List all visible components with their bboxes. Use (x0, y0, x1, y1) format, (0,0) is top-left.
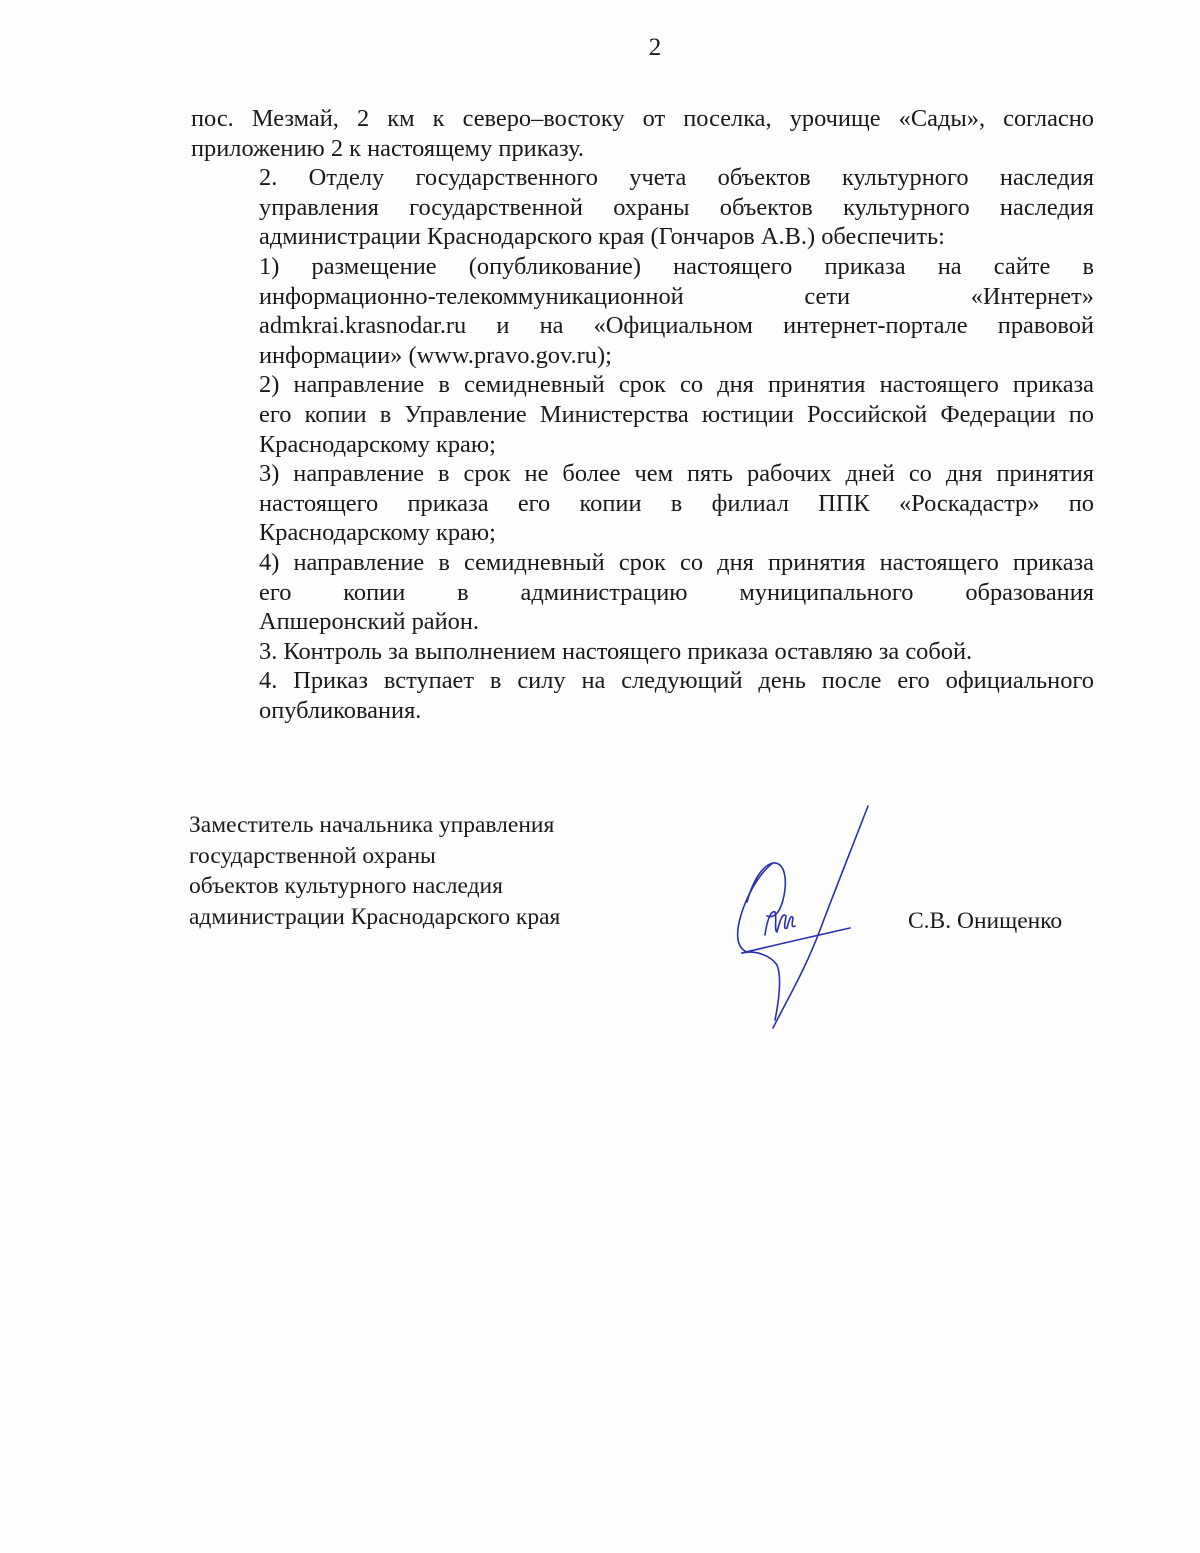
text-line: администрации Краснодарского края (Гонча… (191, 222, 1094, 252)
text-line: Апшеронский район. (191, 607, 1094, 637)
paragraph-p-2-1: 1) размещение (опубликование) настоящего… (191, 252, 1094, 370)
paragraph-p-2: 2. Отделу государственного учета объекто… (191, 163, 1094, 252)
text-line: 4. Приказ вступает в силу на следующий д… (191, 666, 1094, 696)
paragraph-p-4: 4. Приказ вступает в силу на следующий д… (191, 666, 1094, 725)
text-line: 1) размещение (опубликование) настоящего… (191, 252, 1094, 282)
text-line: Краснодарскому краю; (191, 430, 1094, 460)
text-line: пос. Мезмай, 2 км к северо–востоку от по… (191, 104, 1094, 134)
text-line: 2. Отделу государственного учета объекто… (191, 163, 1094, 193)
text-line: информационно-телекоммуникационной сети … (191, 282, 1094, 312)
signatory-position: Заместитель начальника управления госуда… (189, 810, 560, 932)
page-number: 2 (0, 34, 1200, 62)
text-line: 2) направление в семидневный срок со дня… (191, 370, 1094, 400)
text-line: 4) направление в семидневный срок со дня… (191, 548, 1094, 578)
text-line: опубликования. (191, 696, 1094, 726)
signer-name: С.В. Онищенко (908, 908, 1062, 935)
text-line: Краснодарскому краю; (191, 518, 1094, 548)
text-line: его копии в администрацию муниципального… (191, 578, 1094, 608)
paragraph-p-2-4: 4) направление в семидневный срок со дня… (191, 548, 1094, 637)
document-body: пос. Мезмай, 2 км к северо–востоку от по… (191, 104, 1094, 725)
text-line: настоящего приказа его копии в филиал ПП… (191, 489, 1094, 519)
text-line: 3. Контроль за выполнением настоящего пр… (191, 637, 1094, 667)
text-line: управления государственной охраны объект… (191, 193, 1094, 223)
paragraph-p-2-3: 3) направление в срок не более чем пять … (191, 459, 1094, 548)
text-line: приложению 2 к настоящему приказу. (191, 134, 1094, 164)
paragraph-p-2-2: 2) направление в семидневный срок со дня… (191, 370, 1094, 459)
position-line: администрации Краснодарского края (189, 902, 560, 933)
paragraph-p-3: 3. Контроль за выполнением настоящего пр… (191, 637, 1094, 667)
text-line: информации» (www.pravo.gov.ru); (191, 341, 1094, 371)
position-line: государственной охраны (189, 841, 560, 872)
handwritten-signature-icon (725, 800, 885, 1035)
text-line: admkrai.krasnodar.ru и на «Официальном и… (191, 311, 1094, 341)
paragraph-p-intro: пос. Мезмай, 2 км к северо–востоку от по… (191, 104, 1094, 163)
text-line: его копии в Управление Министерства юсти… (191, 400, 1094, 430)
text-line: 3) направление в срок не более чем пять … (191, 459, 1094, 489)
position-line: Заместитель начальника управления (189, 810, 560, 841)
position-line: объектов культурного наследия (189, 871, 560, 902)
